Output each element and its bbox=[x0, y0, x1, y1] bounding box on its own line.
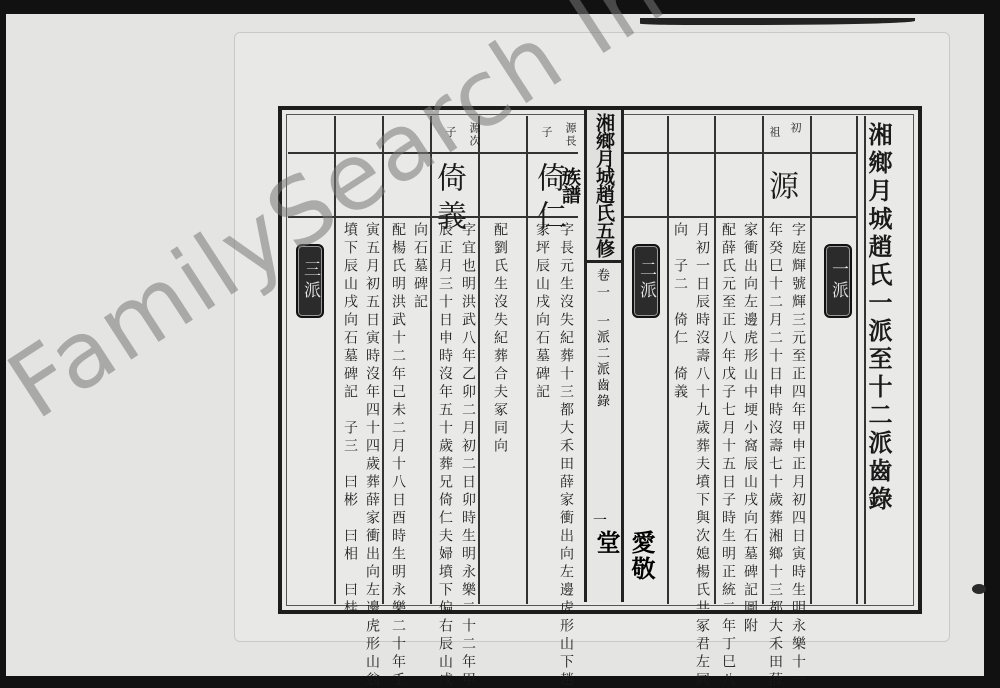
spine-column: 湘鄉月城趙氏五修族譜 卷一 一派二派齒錄 一 愛敬堂 bbox=[584, 110, 624, 602]
bio-line: 墳下辰山戌向石墓碑記 子三 曰彬 曰相 曰桂 bbox=[342, 222, 358, 618]
book-title: 湘鄉月城趙氏五修族譜 bbox=[587, 110, 621, 263]
bio-line: 辰正月三十日申時沒年五十歲葬兄倚仁夫婦墳下偏右辰山戌 bbox=[437, 222, 453, 688]
bio-line: 寅五月初五日寅時沒年四十四歲葬薛家衝出向左邊虎形山翁 bbox=[364, 222, 380, 688]
bio-line: 配楊氏明洪武十二年己未二月十八日酉時生明永樂二十年壬 bbox=[390, 222, 406, 688]
ancestor-name: 源 bbox=[772, 170, 788, 208]
bio-line: 月初一日辰時沒壽八十九歲葬夫墳下與次媳楊氏共冢君左同 bbox=[694, 222, 710, 688]
page-number: 一 bbox=[593, 510, 607, 530]
entry-label: 源長 bbox=[562, 122, 578, 148]
bio-line: 配劉氏生沒失紀葬合夫冢同向 bbox=[492, 222, 508, 456]
bio-line: 配薛氏元至正八年戊子七月十五日子時生明正統二年丁巳八 bbox=[720, 222, 736, 688]
branch-badge-1: 一派 bbox=[824, 244, 852, 318]
bio-line: 年癸巳十二月二十日申時沒壽七十歲葬湘鄉十三都大禾田薛 bbox=[767, 222, 783, 688]
entry-label: 祖 bbox=[766, 126, 782, 139]
hall-name: 愛敬堂 bbox=[589, 530, 659, 602]
bio-line: 向 子二 倚仁 倚義 bbox=[672, 222, 688, 402]
bio-line: 家衝出向左邊虎形山中埂小窩辰山戌向石墓碑記圖附 bbox=[742, 222, 758, 636]
bio-line: 字庭輝號輝三元至正四年甲申正月初四日寅時生明永樂十一 bbox=[790, 222, 806, 688]
entry-label: 源次 bbox=[466, 122, 482, 148]
bio-line: 字長元生沒失紀葬十三都大禾田薛家衝出向左邊虎形山下趙 bbox=[558, 222, 574, 688]
entry-label: 子 bbox=[442, 126, 458, 139]
bio-line: 家坪辰山戌向石墓碑記 bbox=[534, 222, 550, 402]
branch-badge-2: 二派 bbox=[632, 244, 660, 318]
genealogy-frame: 湘鄉月城趙氏五修族譜 卷一 一派二派齒錄 一 愛敬堂 湘鄉月城趙氏一派至十二派齒… bbox=[278, 106, 922, 614]
entry-label: 初 bbox=[787, 122, 803, 135]
bio-line: 字宜也明洪武八年乙卯二月初二日卯時生明永樂二十二年甲 bbox=[460, 222, 476, 688]
entry-label: 子 bbox=[538, 126, 554, 139]
page-title: 湘鄉月城趙氏一派至十二派齒錄 bbox=[870, 122, 886, 514]
volume-label: 卷一 bbox=[592, 268, 611, 302]
section-label: 一派二派齒錄 bbox=[592, 314, 611, 410]
branch-badge-3: 三派 bbox=[296, 244, 324, 318]
bio-line: 向石墓碑記 bbox=[412, 222, 428, 312]
